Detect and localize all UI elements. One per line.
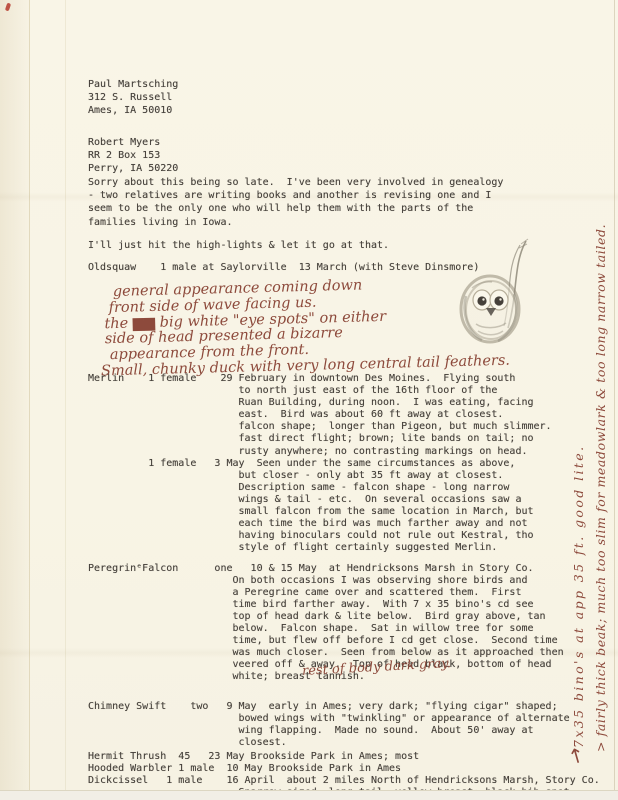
handwritten-margin-note-line2: 7x35 bino's at app 35 ft. good lite.: [571, 445, 586, 748]
sighting-oldsquaw: Oldsquaw 1 male at Saylorville 13 March …: [88, 262, 479, 274]
sender-address: Paul Martsching 312 S. Russell Ames, IA …: [88, 78, 178, 118]
page-right-edge: [614, 0, 615, 790]
intro-paragraph: Sorry about this being so late. I've bee…: [88, 176, 503, 229]
letter-page: Paul Martsching 312 S. Russell Ames, IA …: [0, 0, 618, 790]
sighting-chimney-swift: Chimney Swift two 9 May early in Ames; v…: [88, 701, 570, 749]
page-left-edge: [0, 0, 30, 790]
oldsquaw-pencil-sketch: [448, 236, 553, 355]
recipient-address: Robert Myers RR 2 Box 153 Perry, IA 5022…: [88, 136, 178, 176]
sighting-merlin: Merlin 1 female 29 February in downtown …: [88, 373, 552, 554]
scan-bottom-strip: [0, 790, 618, 800]
page-crease-vertical: [65, 0, 66, 790]
intro-note: I'll just hit the high-lights & let it g…: [88, 240, 389, 252]
oldsquaw-sketch-drawing: [448, 236, 553, 351]
handwritten-margin-note-line1: > fairly thick beak; much too slim for m…: [593, 224, 608, 752]
